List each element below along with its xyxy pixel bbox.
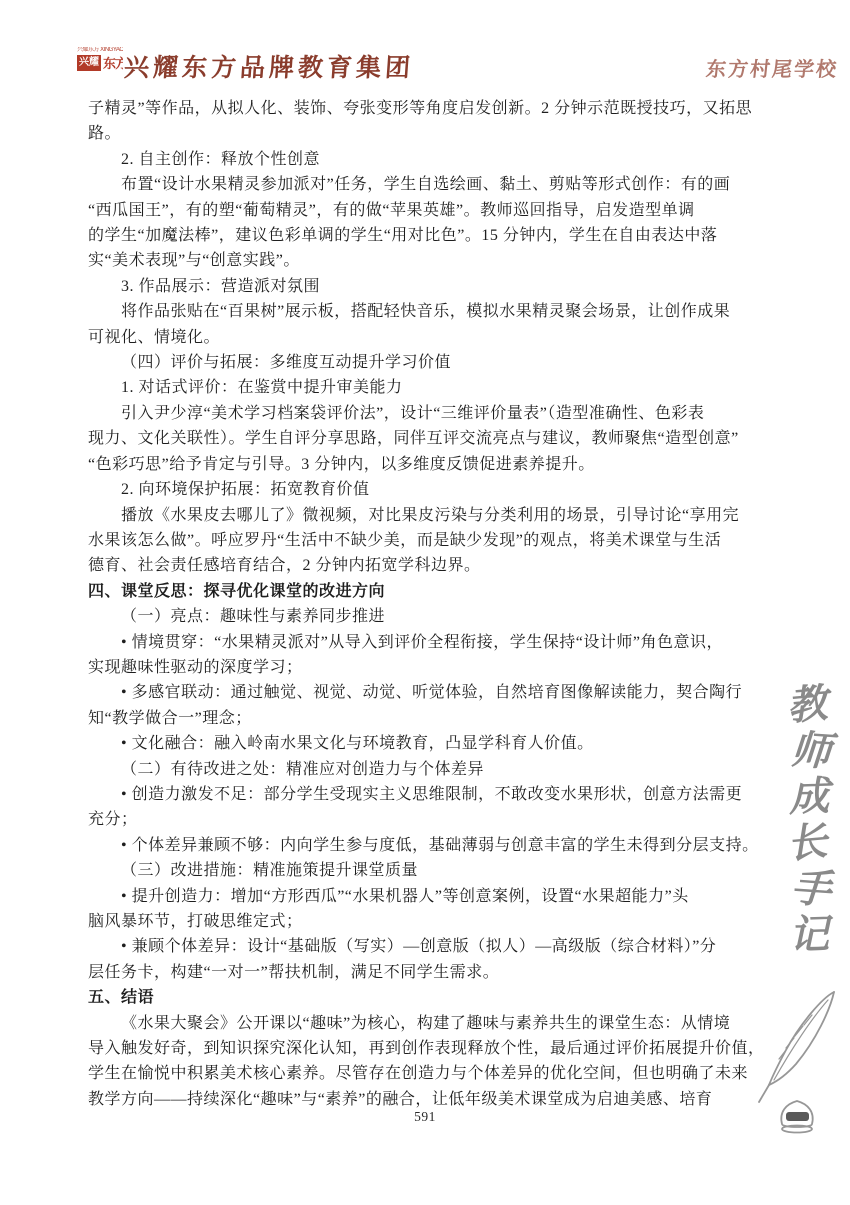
calligraphy-char: 教 (785, 681, 829, 730)
text-line: 脑风暴环节，打破思维定式； (88, 909, 766, 934)
text-line: 将作品张贴在“百果树”展示板，搭配轻快音乐，模拟水果精灵聚会场景，让创作成果 (88, 299, 766, 324)
text-line: 3. 作品展示：营造派对氛围 (88, 274, 766, 299)
text-line: 1. 对话式评价：在鉴赏中提升审美能力 (88, 375, 766, 400)
logo-brush-text: 东方 (103, 57, 123, 71)
text-line: （二）有待改进之处：精准应对创造力与个体差异 (88, 757, 766, 782)
text-line: 充分； (88, 807, 766, 832)
text-line: 2. 向环境保护拓展：拓宽教育价值 (88, 477, 766, 502)
calligraphy-char: 手 (789, 865, 832, 914)
page-number: 591 (0, 1109, 850, 1125)
text-line: 水果该怎么做”。呼应罗丹“生活中不缺少美，而是缺少发现”的观点，将美术课堂与生活 (88, 528, 766, 553)
text-flow: 子精灵”等作品，从拟人化、装饰、夸张变形等角度启发创新。2 分钟示范既授技巧，又… (88, 96, 766, 1112)
logo-seal-row: 兴耀 东方 (77, 55, 123, 71)
calligraphy-banner: 教师成长手记 (781, 682, 837, 958)
text-line: • 兼顾个体差异：设计“基础版（写实）—创意版（拟人）—高级版（综合材料）”分 (88, 934, 766, 959)
text-line: 实“美术表现”与“创意实践”。 (88, 248, 766, 273)
calligraphy-char: 长 (785, 819, 829, 868)
text-line: • 提升创造力：增加“方形西瓜”“水果机器人”等创意案例，设置“水果超能力”头 (88, 884, 766, 909)
calligraphy-char: 成 (788, 773, 830, 820)
text-line: 导入触发好奇，到知识探究深化认知，再到创作表现释放个性，最后通过评价拓展提升价值… (88, 1036, 766, 1061)
text-line: 路。 (88, 121, 766, 146)
text-line: “西瓜国王”，有的塑“葡萄精灵”，有的做“苹果英雄”。教师巡回指导，启发造型单调 (88, 198, 766, 223)
text-line: • 个体差异兼顾不够：内向学生参与度低，基础薄弱与创意丰富的学生未得到分层支持。 (88, 833, 766, 858)
text-line: • 创造力激发不足：部分学生受现实主义思维限制，不敢改变水果形状，创意方法需更 (88, 782, 766, 807)
text-line: 《水果大聚会》公开课以“趣味”为核心，构建了趣味与素养共生的课堂生态：从情境 (88, 1011, 766, 1036)
text-line: • 多感官联动：通过触觉、视觉、动觉、听觉体验，自然培育图像解读能力，契合陶行 (88, 680, 766, 705)
logo-seal-stamp: 兴耀 (77, 55, 101, 71)
company-title: 兴耀东方品牌教育集团 (123, 53, 415, 85)
text-line: 可视化、情境化。 (88, 325, 766, 350)
text-line: （三）改进措施：精准施策提升课堂质量 (88, 858, 766, 883)
text-line: 层任务卡，构建“一对一”帮扶机制，满足不同学生需求。 (88, 960, 766, 985)
text-line: “色彩巧思”给予肯定与引导。3 分钟内，以多维度反馈促进素养提升。 (88, 452, 766, 477)
text-line: （四）评价与拓展：多维度互动提升学习价值 (88, 350, 766, 375)
text-line: 学生在愉悦中积累美术核心素养。尽管存在创造力与个体差异的优化空间，但也明确了未来 (88, 1061, 766, 1086)
text-line: 布置“设计水果精灵参加派对”任务，学生自选绘画、黏土、剪贴等形式创作：有的画 (88, 172, 766, 197)
text-line: • 情境贯穿：“水果精灵派对”从导入到评价全程衔接，学生保持“设计师”角色意识， (88, 630, 766, 655)
text-line: 五、结语 (88, 985, 766, 1010)
text-line: 2. 自主创作：释放个性创意 (88, 147, 766, 172)
text-line: 子精灵”等作品，从拟人化、装饰、夸张变形等角度启发创新。2 分钟示范既授技巧，又… (88, 96, 766, 121)
text-line: • 文化融合：融入岭南水果文化与环境教育，凸显学科育人价值。 (88, 731, 766, 756)
text-line: 播放《水果皮去哪儿了》微视频，对比果皮污染与分类利用的场景，引导讨论“享用完 (88, 503, 766, 528)
text-line: 德育、社会责任感培育结合，2 分钟内拓宽学科边界。 (88, 553, 766, 578)
calligraphy-char: 师 (789, 727, 832, 776)
text-line: 知“教学做合一”理念； (88, 706, 766, 731)
company-logo: 兴耀东方 XINGYAO ® 兴耀 东方 (77, 47, 123, 89)
school-name: 东方村尾学校 (705, 57, 840, 83)
text-line: 的学生“加魔法棒”，建议色彩单调的学生“用对比色”。15 分钟内，学生在自由表达… (88, 223, 766, 248)
calligraphy-char: 记 (788, 911, 830, 958)
text-line: 引入尹少淳“美术学习档案袋评价法”，设计“三维评价量表”（造型准确性、色彩表 (88, 401, 766, 426)
document-page: 兴耀东方 XINGYAO ® 兴耀 东方 兴耀东方品牌教育集团 东方村尾学校 子… (0, 0, 850, 1205)
text-line: 现力、文化关联性）。学生自评分享思路，同伴互评交流亮点与建议，教师聚焦“造型创意… (88, 426, 766, 451)
text-line: （一）亮点：趣味性与素养同步推进 (88, 604, 766, 629)
logo-small-text: 兴耀东方 XINGYAO ® (77, 47, 123, 54)
text-line: 四、课堂反思：探寻优化课堂的改进方向 (88, 579, 766, 604)
text-line: 实现趣味性驱动的深度学习； (88, 655, 766, 680)
